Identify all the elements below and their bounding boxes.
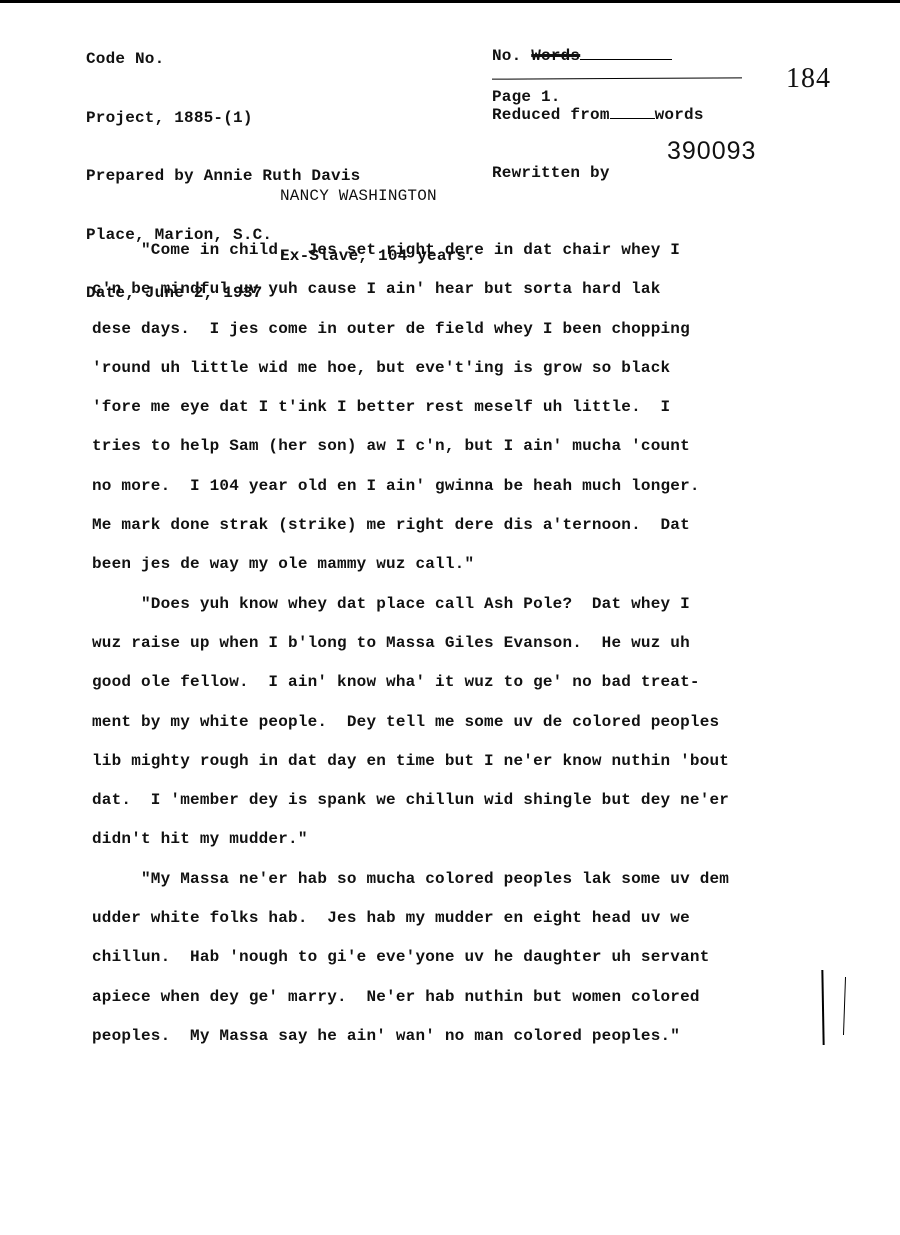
body-line: Me mark done strak (strike) me right der…	[92, 515, 852, 554]
body-line: wuz raise up when I b'long to Massa Gile…	[92, 633, 852, 672]
project-line: Project, 1885-(1)	[86, 109, 360, 129]
body-line: no more. I 104 year old en I ain' gwinna…	[92, 476, 852, 515]
body-line: didn't hit my mudder."	[92, 829, 852, 868]
body-line: dat. I 'member dey is spank we chillun w…	[92, 790, 852, 829]
body-line: "Does yuh know whey dat place call Ash P…	[92, 594, 852, 633]
stamped-page-number: 184	[786, 63, 831, 95]
reduced-from-blank	[610, 106, 655, 119]
body-line: lib mighty rough in dat day en time but …	[92, 751, 852, 790]
body-line: 'fore me eye dat I t'ink I better rest m…	[92, 397, 852, 436]
reduced-words-label: words	[655, 106, 704, 124]
reduced-from-label: Reduced from	[492, 106, 610, 124]
no-words-blank	[580, 47, 672, 60]
interview-body: "Come in child. Jes set right dere in da…	[92, 240, 852, 1065]
body-line: tries to help Sam (her son) aw I c'n, bu…	[92, 436, 852, 475]
body-line: "My Massa ne'er hab so mucha colored peo…	[92, 869, 852, 908]
body-line: "Come in child. Jes set right dere in da…	[92, 240, 852, 279]
body-line: udder white folks hab. Jes hab my mudder…	[92, 908, 852, 947]
body-line: 'round uh little wid me hoe, but eve't'i…	[92, 358, 852, 397]
rewritten-by-line: Rewritten by	[492, 164, 704, 184]
struck-words-label: Words	[531, 47, 580, 65]
code-no-line: Code No.	[86, 50, 360, 70]
body-line: dese days. I jes come in outer de field …	[92, 319, 852, 358]
body-line: c'n be mindful uv yuh cause I ain' hear …	[92, 279, 852, 318]
body-line: been jes de way my ole mammy wuz call."	[92, 554, 852, 593]
stamped-document-number: 390093	[667, 137, 756, 166]
body-line: chillun. Hab 'nough to gi'e eve'yone uv …	[92, 947, 852, 986]
subject-name: NANCY WASHINGTON	[280, 186, 476, 206]
page-number-label: Page 1.	[492, 88, 561, 106]
body-line: peoples. My Massa say he ain' wan' no ma…	[92, 1026, 852, 1065]
reduced-from-line: Reduced fromwords	[492, 106, 704, 126]
body-line: ment by my white people. Dey tell me som…	[92, 712, 852, 751]
body-line: good ole fellow. I ain' know wha' it wuz…	[92, 672, 852, 711]
page-top-edge	[0, 0, 900, 3]
body-line: apiece when dey ge' marry. Ne'er hab nut…	[92, 987, 852, 1026]
no-words-line: No. Words	[492, 47, 704, 67]
no-label: No.	[492, 47, 521, 65]
